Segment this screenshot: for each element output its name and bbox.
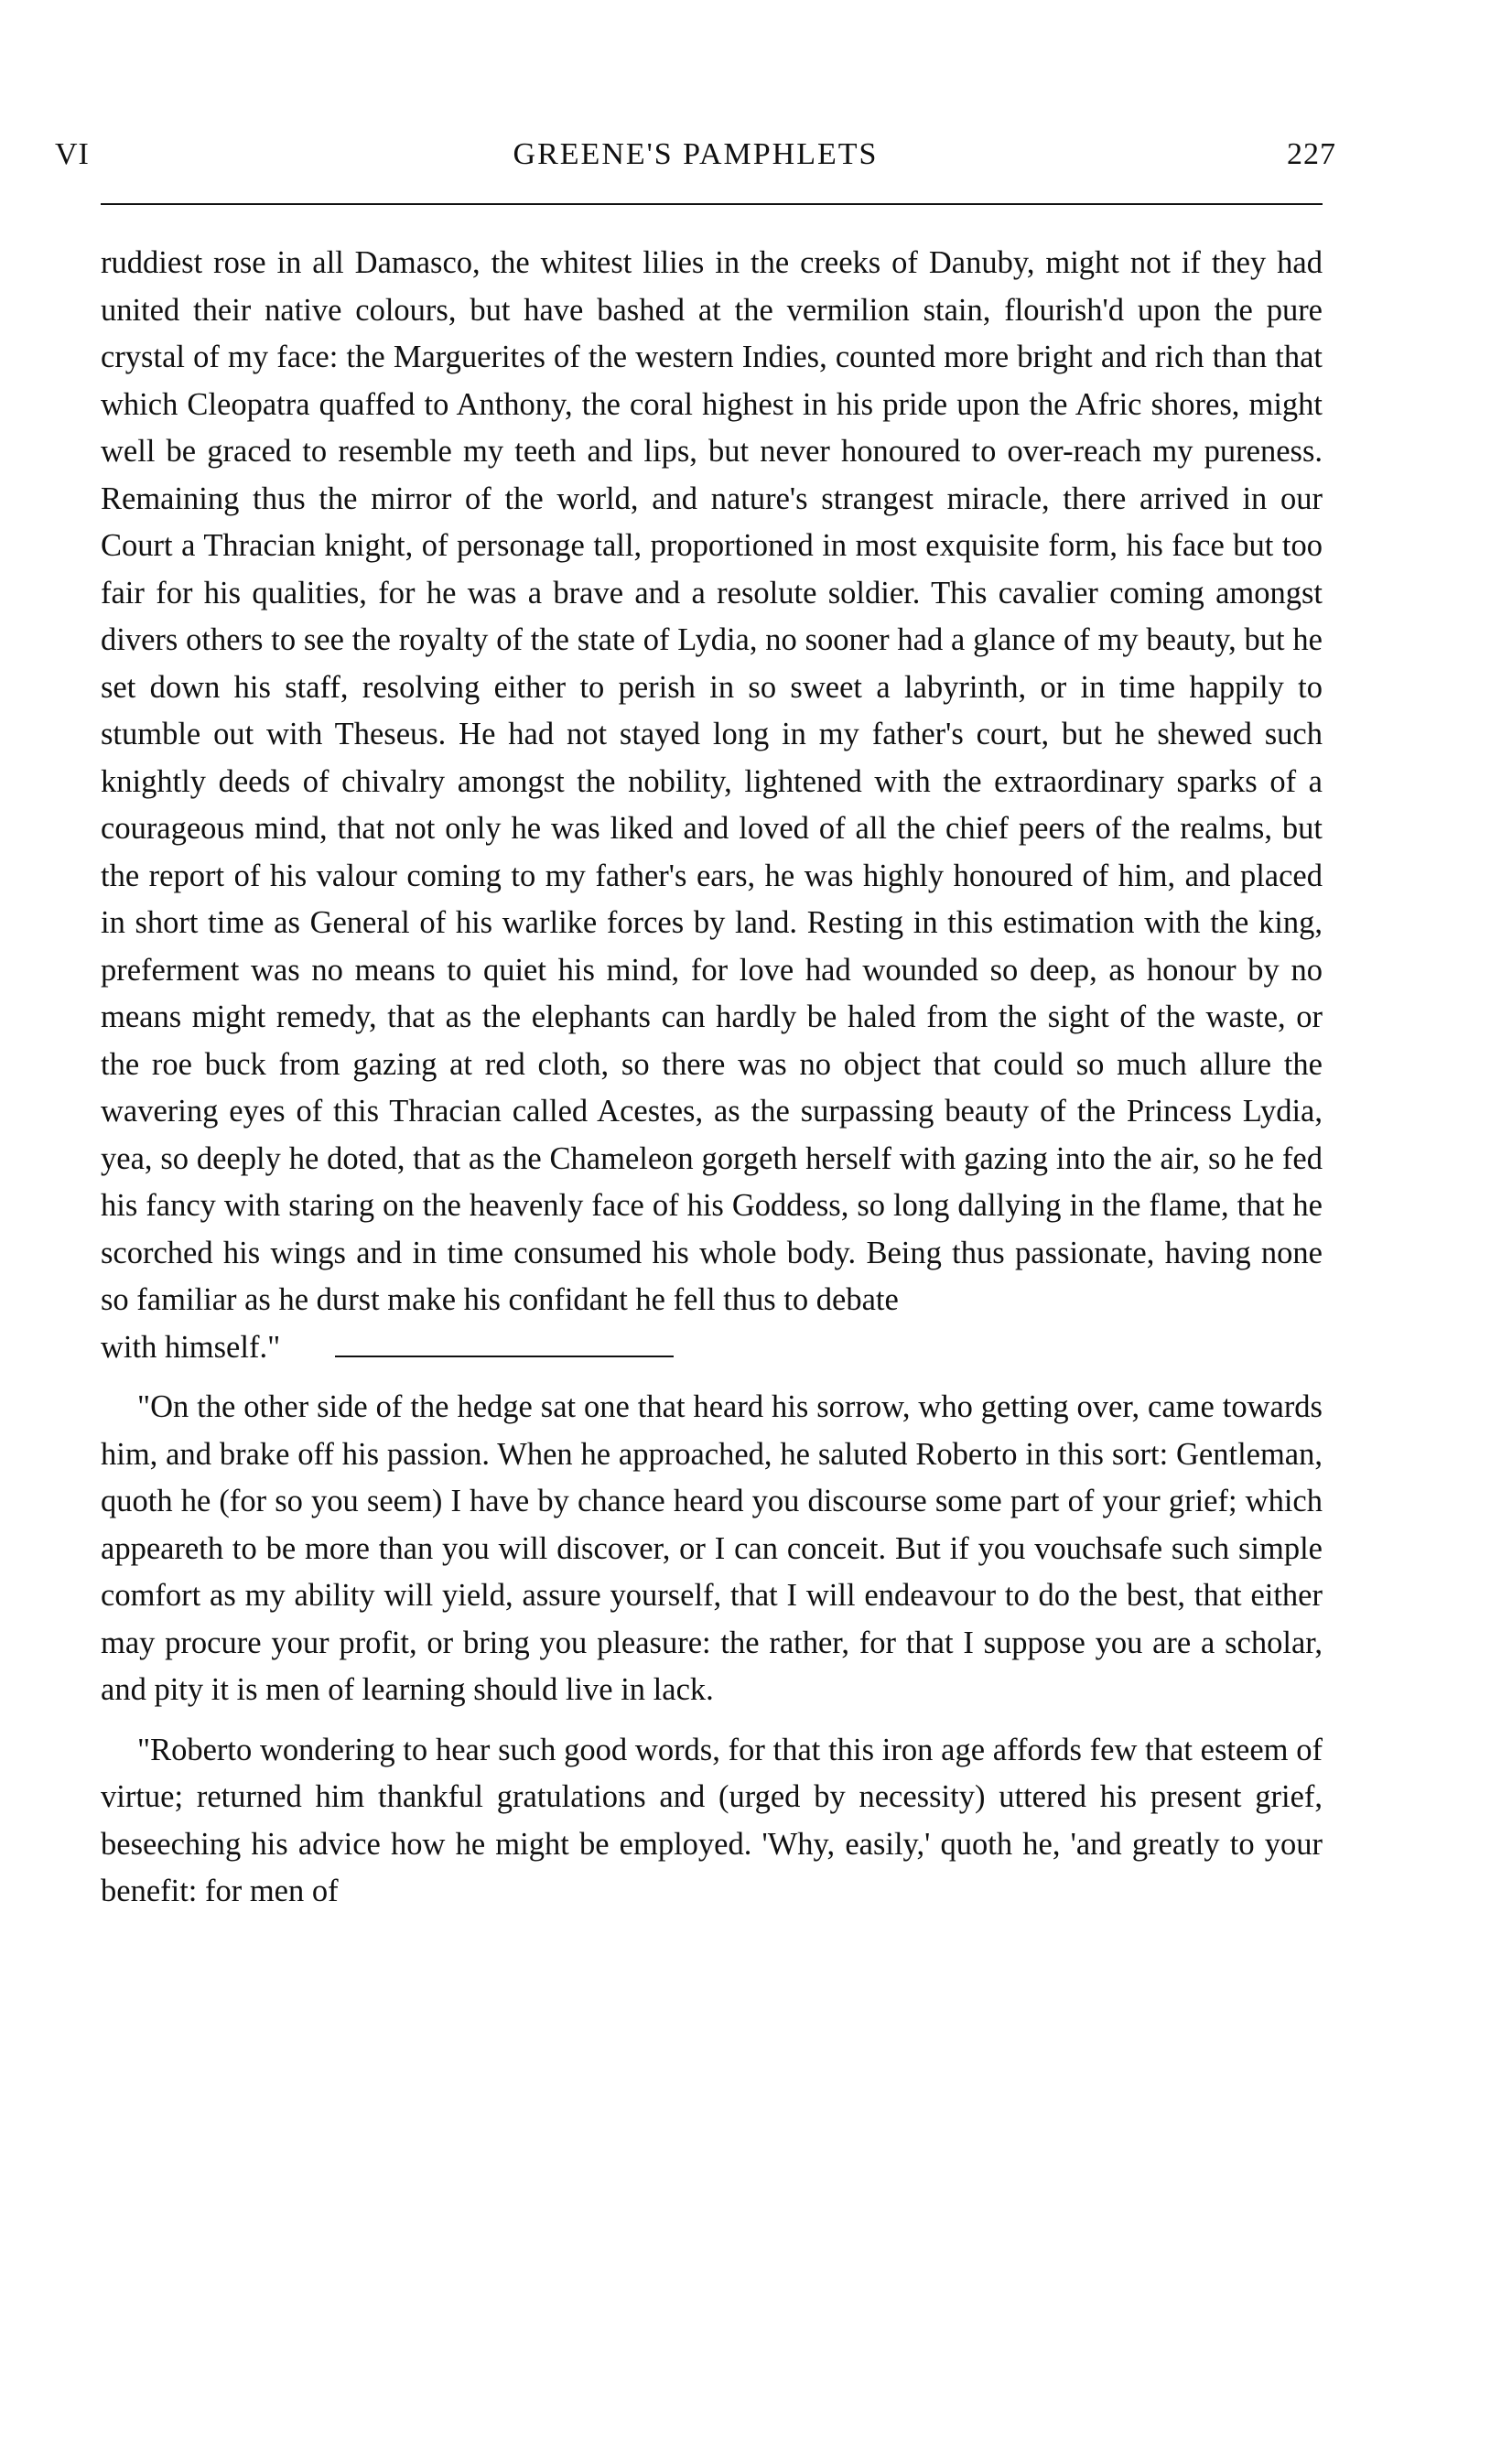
section-divider-rule	[335, 1356, 674, 1357]
body-text: ruddiest rose in all Damasco, the whites…	[101, 240, 1323, 1916]
paragraph: "On the other side of the hedge sat one …	[101, 1384, 1323, 1714]
book-page: VI GREENE'S PAMPHLETS 227 ruddiest rose …	[0, 0, 1512, 2463]
paragraph: ruddiest rose in all Damasco, the whites…	[101, 240, 1323, 1324]
paragraph: "Roberto wondering to hear such good wor…	[101, 1727, 1323, 1916]
header-rule	[101, 203, 1323, 205]
paragraph-end-line: with himself."	[101, 1324, 1323, 1372]
paragraph-gap	[101, 1714, 1323, 1727]
running-header: VI GREENE'S PAMPHLETS 227	[55, 137, 1336, 183]
paragraph-end-text: with himself."	[101, 1324, 280, 1372]
page-number: 227	[1287, 137, 1336, 172]
paragraph-gap	[101, 1371, 1323, 1384]
running-title: GREENE'S PAMPHLETS	[55, 137, 1336, 172]
